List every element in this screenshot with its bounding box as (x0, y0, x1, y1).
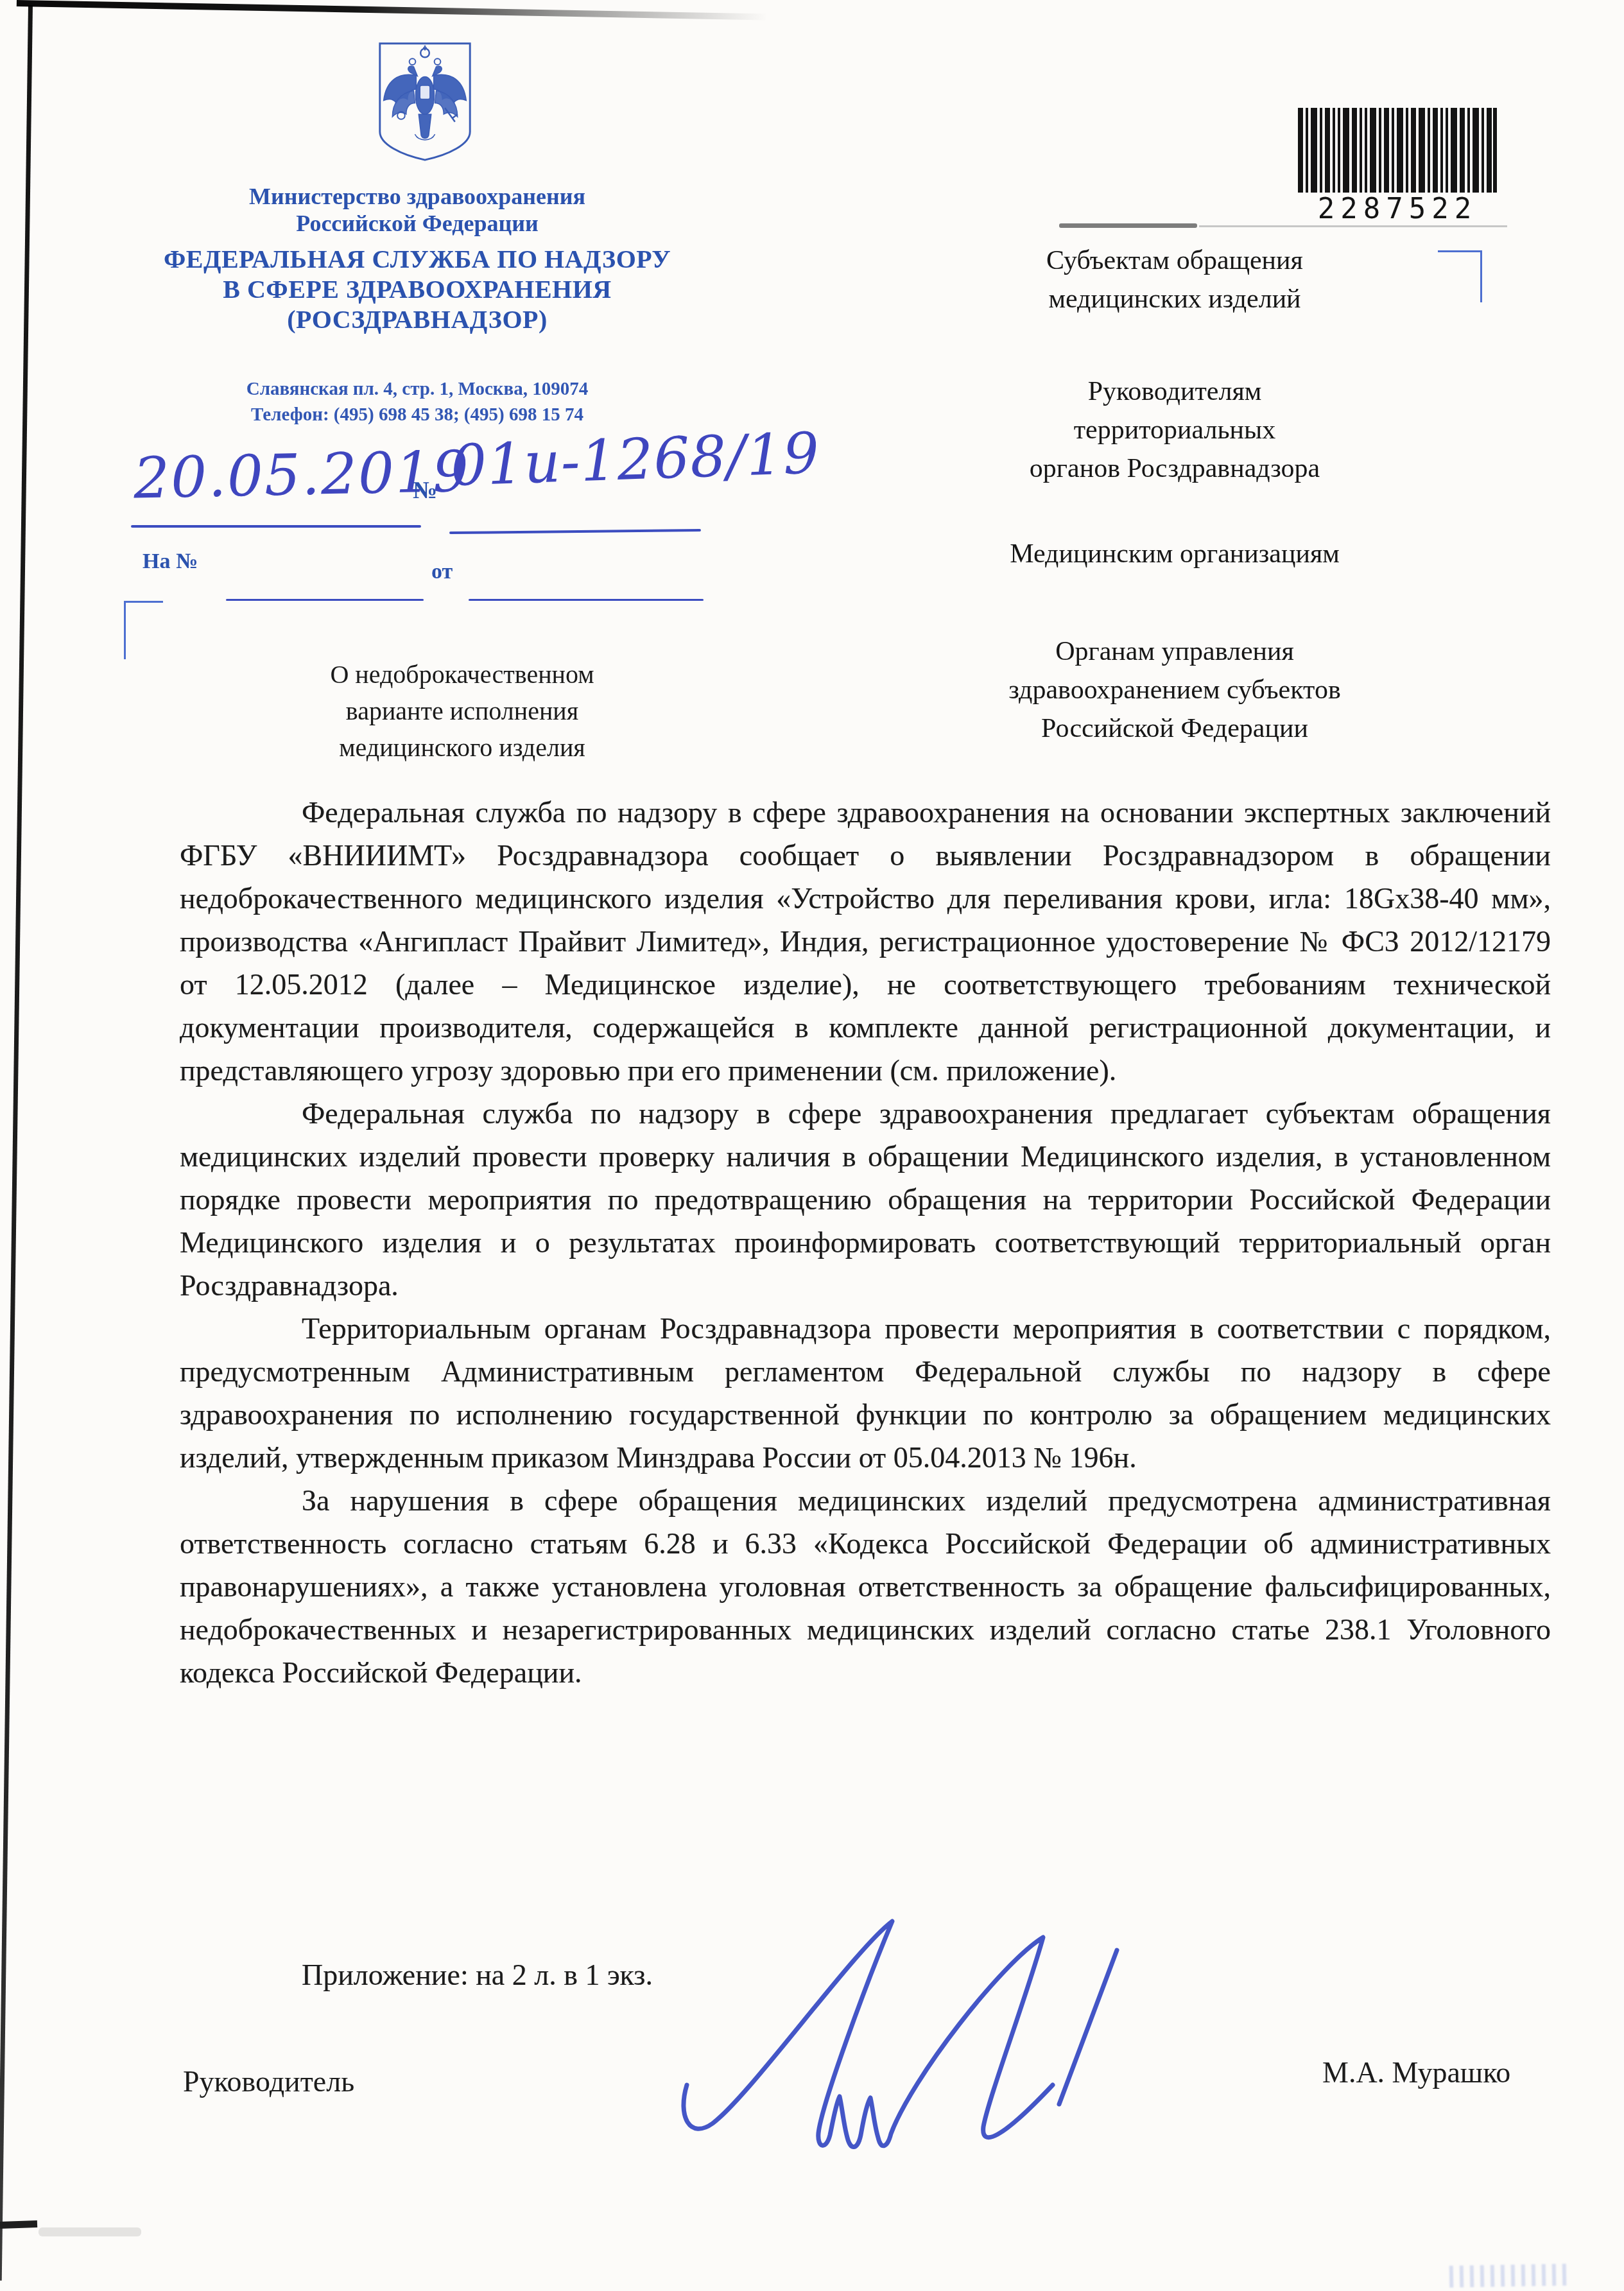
scan-artifact-bottom-left-dash (0, 2220, 37, 2229)
ministry-line1: Министерство здравоохранения (116, 183, 719, 210)
letter-body: Федеральная служба по надзору в сфере зд… (180, 791, 1551, 1694)
addressee-territorial-bodies: Руководителям территориальных органов Ро… (944, 372, 1406, 488)
service-line1: ФЕДЕРАЛЬНАЯ СЛУЖБА ПО НАДЗОРУ (116, 244, 719, 274)
ministry-name: Министерство здравоохранения Российской … (116, 183, 719, 237)
body-paragraph-2: Федеральная служба по надзору в сфере зд… (180, 1092, 1551, 1307)
ministry-line2: Российской Федерации (116, 210, 719, 237)
incoming-date-label: от (431, 560, 453, 584)
barcode-number: 2287522 (1277, 193, 1517, 225)
body-paragraph-4: За нарушения в сфере обращения медицинск… (180, 1479, 1551, 1694)
document-page: Министерство здравоохранения Российской … (0, 0, 1624, 2291)
scan-artifact-top-edge (17, 0, 768, 20)
letterhead-phone: Телефон: (495) 698 45 38; (495) 698 15 7… (116, 402, 719, 428)
russia-coat-of-arms-icon (375, 40, 475, 163)
barcode-icon (1298, 108, 1497, 193)
number-sign: № (413, 476, 437, 505)
service-line3: (РОСЗДРАВНАДЗОР) (116, 304, 719, 334)
letterhead-address: Славянская пл. 4, стр. 1, Москва, 109074 (116, 376, 719, 402)
scan-artifact-line-under-barcode-light (1199, 225, 1507, 227)
service-name: ФЕДЕРАЛЬНАЯ СЛУЖБА ПО НАДЗОРУ В СФЕРЕ ЗД… (116, 244, 719, 334)
incoming-number-label: На № (143, 549, 198, 574)
scan-artifact-left-edge (0, 5, 33, 2281)
addressee-subjects-of-circulation: Субъектам обращения медицинских изделий (944, 241, 1406, 318)
addressee-medical-organizations: Медицинским организациям (944, 535, 1406, 573)
scan-artifact-line-under-barcode (1059, 223, 1197, 228)
letter-subject: О недоброкачественном варианте исполнени… (270, 656, 655, 766)
incoming-date-underline (469, 599, 704, 601)
attachment-note: Приложение: на 2 л. в 1 экз. (302, 1958, 653, 1992)
addressee-health-authorities: Органам управления здравоохранением субъ… (944, 632, 1406, 748)
signer-name: М.А. Мурашко (1322, 2055, 1510, 2089)
date-underline (131, 525, 421, 528)
service-line2: В СФЕРЕ ЗДРАВООХРАНЕНИЯ (116, 274, 719, 304)
handwritten-outgoing-number: 01и-1268/19 (449, 420, 820, 499)
scan-artifact-bottom-right-smudge (1449, 2263, 1572, 2287)
incoming-number-underline (226, 599, 424, 601)
number-underline (449, 529, 701, 534)
body-paragraph-1: Федеральная служба по надзору в сфере зд… (180, 791, 1551, 1092)
corner-mark-right (1438, 250, 1482, 302)
corner-mark-left (124, 601, 163, 659)
signature-autograph-icon (668, 1892, 1155, 2207)
signer-position: Руководитель (183, 2064, 354, 2098)
body-paragraph-3: Территориальным органам Росздравнадзора … (180, 1307, 1551, 1479)
letterhead-contacts: Славянская пл. 4, стр. 1, Москва, 109074… (116, 376, 719, 428)
scan-artifact-bottom-left-smudge (39, 2227, 141, 2236)
